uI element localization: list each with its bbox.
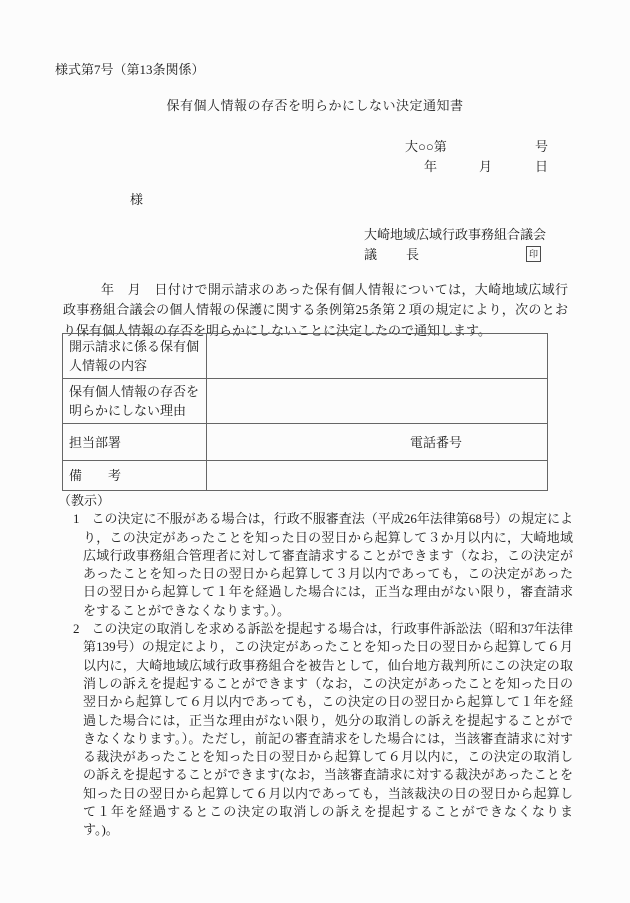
instruction-item-1-number: 1 [73,511,80,526]
row-value-content [207,334,548,379]
sender-organization: 大崎地域広域行政事務組合議会 [364,226,546,244]
row-value-remarks [207,461,548,491]
sender-title: 議 長 [364,246,427,264]
notification-body: 年 月 日付けで開示請求のあった保有個人情報については，大崎地域広域行政事務組合… [63,280,568,341]
row-label-department: 担当部署 [63,424,207,461]
page-title: 保有個人情報の存否を明らかにしない決定通知書 [0,97,630,115]
date-day-label: 日 [535,158,548,176]
decision-info-table: 開示請求に係る保有個人情報の内容 保有個人情報の存否を明らかにしない理由 担当部… [62,333,548,491]
table-row-department: 担当部署 電話番号 [63,424,548,461]
seal-mark-icon: 印 [526,246,541,262]
table-row-reason: 保有個人情報の存否を明らかにしない理由 [63,379,548,424]
instruction-item-2: 2この決定の取消しを求める訴訟を提起する場合は，行政事件訴訟法（昭和37年法律第… [55,620,573,840]
doc-number-suffix: 号 [535,138,548,156]
row-value-reason [207,379,548,424]
row-label-remarks: 備 考 [63,461,207,491]
phone-number-label: 電話番号 [410,435,462,450]
table-row-content: 開示請求に係る保有個人情報の内容 [63,334,548,379]
instruction-item-1: 1この決定に不服がある場合は，行政不服審査法（平成26年法律第68号）の規定によ… [55,510,573,620]
instruction-item-1-text: この決定に不服がある場合は，行政不服審査法（平成26年法律第68号）の規定により… [83,511,573,617]
date-month-label: 月 [479,158,492,176]
date-year-label: 年 [424,158,437,176]
row-label-reason: 保有個人情報の存否を明らかにしない理由 [63,379,207,424]
appeal-instructions: （教示） 1この決定に不服がある場合は，行政不服審査法（平成26年法律第68号）… [55,492,573,840]
addressee-suffix: 様 [130,191,143,209]
instructions-heading: （教示） [58,492,573,510]
document-page: 様式第7号（第13条関係） 保有個人情報の存否を明らかにしない決定通知書 大○○… [0,0,630,903]
form-number: 様式第7号（第13条関係） [55,61,205,79]
row-value-department: 電話番号 [207,424,548,461]
instruction-item-2-number: 2 [73,621,80,636]
instruction-item-2-text: この決定の取消しを求める訴訟を提起する場合は，行政事件訴訟法（昭和37年法律第1… [83,621,573,837]
row-label-content: 開示請求に係る保有個人情報の内容 [63,334,207,379]
doc-number-prefix: 大○○第 [405,138,447,156]
table-row-remarks: 備 考 [63,461,548,491]
